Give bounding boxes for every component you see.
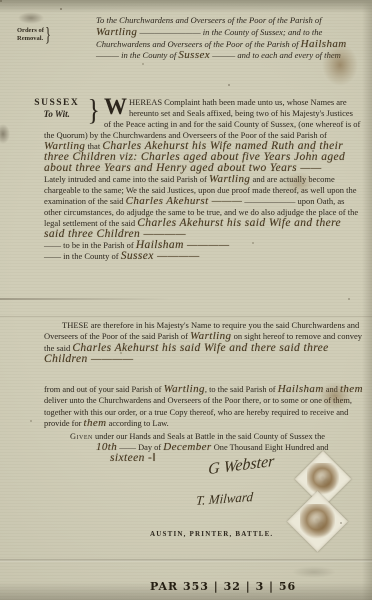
stamp-line2: Removal. bbox=[17, 35, 44, 43]
handwritten-parish-hailsham: Hailsham bbox=[301, 38, 347, 50]
brace-glyph: } bbox=[45, 29, 51, 40]
printed-text: —— Day of bbox=[117, 443, 163, 452]
handwritten-month: December bbox=[163, 441, 211, 453]
wax-mark bbox=[307, 463, 339, 495]
orders-of-removal-stamp: Orders of Removal. } bbox=[17, 27, 51, 42]
printed-text: —— in the County of bbox=[44, 251, 121, 261]
county-label: SUSSEX To Wit. } bbox=[26, 98, 100, 120]
wax-mark bbox=[300, 504, 335, 539]
printed-text: that bbox=[85, 141, 102, 151]
handwritten-removal-persons: Charles Akehurst his said Wife and there… bbox=[44, 342, 329, 365]
county-label-text: SUSSEX To Wit. bbox=[26, 98, 88, 120]
dropcap-w: W bbox=[104, 97, 127, 116]
fold-crease bbox=[0, 316, 372, 317]
handwritten-county-sussex: Sussex ———— bbox=[121, 250, 200, 262]
stamp-text: Orders of Removal. bbox=[17, 27, 44, 42]
handwritten-parish-wartling: Wartling bbox=[190, 330, 231, 342]
printed-text: ——— and to each and every of them bbox=[210, 50, 341, 60]
brace-glyph: } bbox=[88, 103, 100, 116]
handwritten-parish-wartling: Wartling bbox=[96, 26, 137, 38]
handwritten-parish-wartling: Wartling bbox=[164, 383, 205, 395]
printed-text: under our Hands and Seals at Battle in t… bbox=[93, 432, 325, 441]
handwritten-them: them bbox=[340, 383, 363, 395]
lately-paragraph: Lately intruded and came into the said P… bbox=[44, 174, 362, 240]
printed-text: according to Law. bbox=[107, 419, 169, 428]
paper-specks bbox=[0, 0, 2, 2]
fold-crease bbox=[0, 559, 372, 562]
handwritten-them: them bbox=[84, 417, 107, 429]
printed-text: and bbox=[324, 385, 340, 394]
printed-text: from and out of your said Parish of bbox=[44, 385, 164, 394]
printed-text: To the Churchwardens and Overseers of th… bbox=[96, 15, 322, 25]
fold-crease bbox=[0, 298, 170, 300]
printer-imprint: AUSTIN, PRINTER, BATTLE. bbox=[150, 530, 273, 538]
stamp-line1: Orders of bbox=[17, 27, 44, 35]
handwritten-county-sussex: Sussex bbox=[178, 49, 210, 61]
given-word: Given bbox=[70, 432, 93, 441]
printed-text: One Thousand Eight Hundred and bbox=[212, 443, 329, 452]
printed-text: , to the said Parish of bbox=[205, 385, 278, 394]
printed-text: —— to be in the Parish of bbox=[44, 240, 136, 250]
handwritten-parish-wartling: Wartling bbox=[209, 173, 250, 185]
handwritten-year: sixteen -‖ bbox=[110, 452, 156, 464]
addressee-paragraph: To the Churchwardens and Overseers of th… bbox=[96, 15, 362, 62]
document-scan: Orders of Removal. } To the Churchwarden… bbox=[0, 0, 372, 600]
whereas-paragraph: SUSSEX To Wit. } W HEREAS Complaint hath… bbox=[44, 97, 362, 174]
these-paragraph: THESE are therefore in his Majesty's Nam… bbox=[44, 320, 362, 366]
printed-text: Lately intruded and came into the said P… bbox=[44, 174, 209, 184]
settlement-line-2: —— in the County of Sussex ———— bbox=[44, 251, 362, 262]
conveyance-text: from and out of your said Parish of Wart… bbox=[44, 384, 364, 430]
archive-reference: PAR 353 | 32 | 3 | 56 bbox=[150, 580, 296, 593]
settlement-line-1: —— to be in the Parish of Hailsham ———— bbox=[44, 240, 362, 251]
to-wit-label: To Wit. bbox=[44, 109, 70, 120]
handwritten-parish-hailsham: Hailsham bbox=[278, 383, 324, 395]
county-name: SUSSEX bbox=[34, 98, 79, 109]
conveyance-paragraph: from and out of your said Parish of Wart… bbox=[44, 384, 364, 465]
printed-text: ——— in the County of bbox=[96, 50, 178, 60]
handwritten-name-charles-akehurst: Charles Akehurst ——— bbox=[126, 195, 243, 207]
body-upper: SUSSEX To Wit. } W HEREAS Complaint hath… bbox=[44, 97, 362, 262]
